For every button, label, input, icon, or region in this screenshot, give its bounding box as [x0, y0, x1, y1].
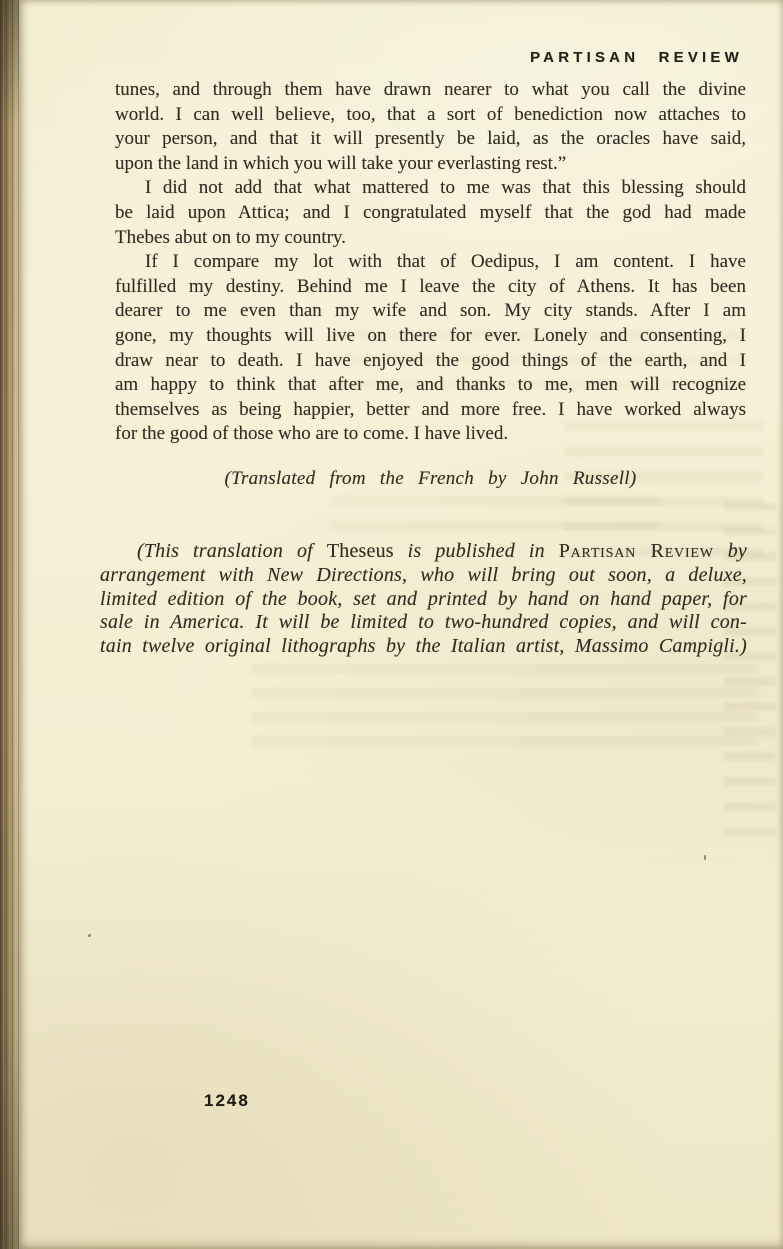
text-line: upon the land in which you will take you… [115, 152, 746, 177]
running-head: PARTISAN REVIEW [530, 49, 743, 66]
text-line: be laid upon Attica; and I congratulated… [115, 201, 746, 226]
magazine-name: Partisan Review [559, 540, 714, 562]
text-line: Thebes abut on to my country. [115, 226, 746, 251]
text-line: world. I can well believe, too, that a s… [115, 103, 746, 128]
text-line: tain twelve original lithographs by the … [100, 635, 747, 659]
text-line: your person, and that it will presently … [115, 127, 746, 152]
book-title: Theseus [327, 540, 394, 562]
text-line: (This translation of Theseus is publishe… [100, 540, 747, 564]
text-line: sale in America. It will be limited to t… [100, 611, 747, 635]
text-line: dearer to me even than my wife and son. … [115, 299, 746, 324]
text-line: I did not add that what mattered to me w… [115, 176, 746, 201]
translator-credit: (Translated from the French by John Russ… [115, 468, 746, 490]
text-line: tunes, and through them have drawn neare… [115, 78, 746, 103]
text-line: fulfilled my destiny. Behind me I leave … [115, 275, 746, 300]
publisher-note: (This translation of Theseus is publishe… [100, 540, 747, 659]
text-line: themselves as being happier, better and … [115, 398, 746, 423]
body-text: tunes, and through them have drawn neare… [115, 78, 746, 447]
scanned-page: PARTISAN REVIEW tunes, and through them … [0, 0, 783, 1249]
text-line: limited edition of the book, set and pri… [100, 588, 747, 612]
note-segment: is published in [394, 540, 559, 562]
page-number: 1248 [204, 1091, 250, 1111]
text-line: gone, my thoughts will live on there for… [115, 324, 746, 349]
text-line: arrangement with New Directions, who wil… [100, 564, 747, 588]
text-line: draw near to death. I have enjoyed the g… [115, 349, 746, 374]
text-line: am happy to think that after me, and tha… [115, 373, 746, 398]
note-segment: (This translation of [137, 540, 327, 562]
text-line: If I compare my lot with that of Oedipus… [115, 250, 746, 275]
note-segment: by [714, 540, 747, 562]
text-line: for the good of those who are to come. I… [115, 422, 746, 447]
